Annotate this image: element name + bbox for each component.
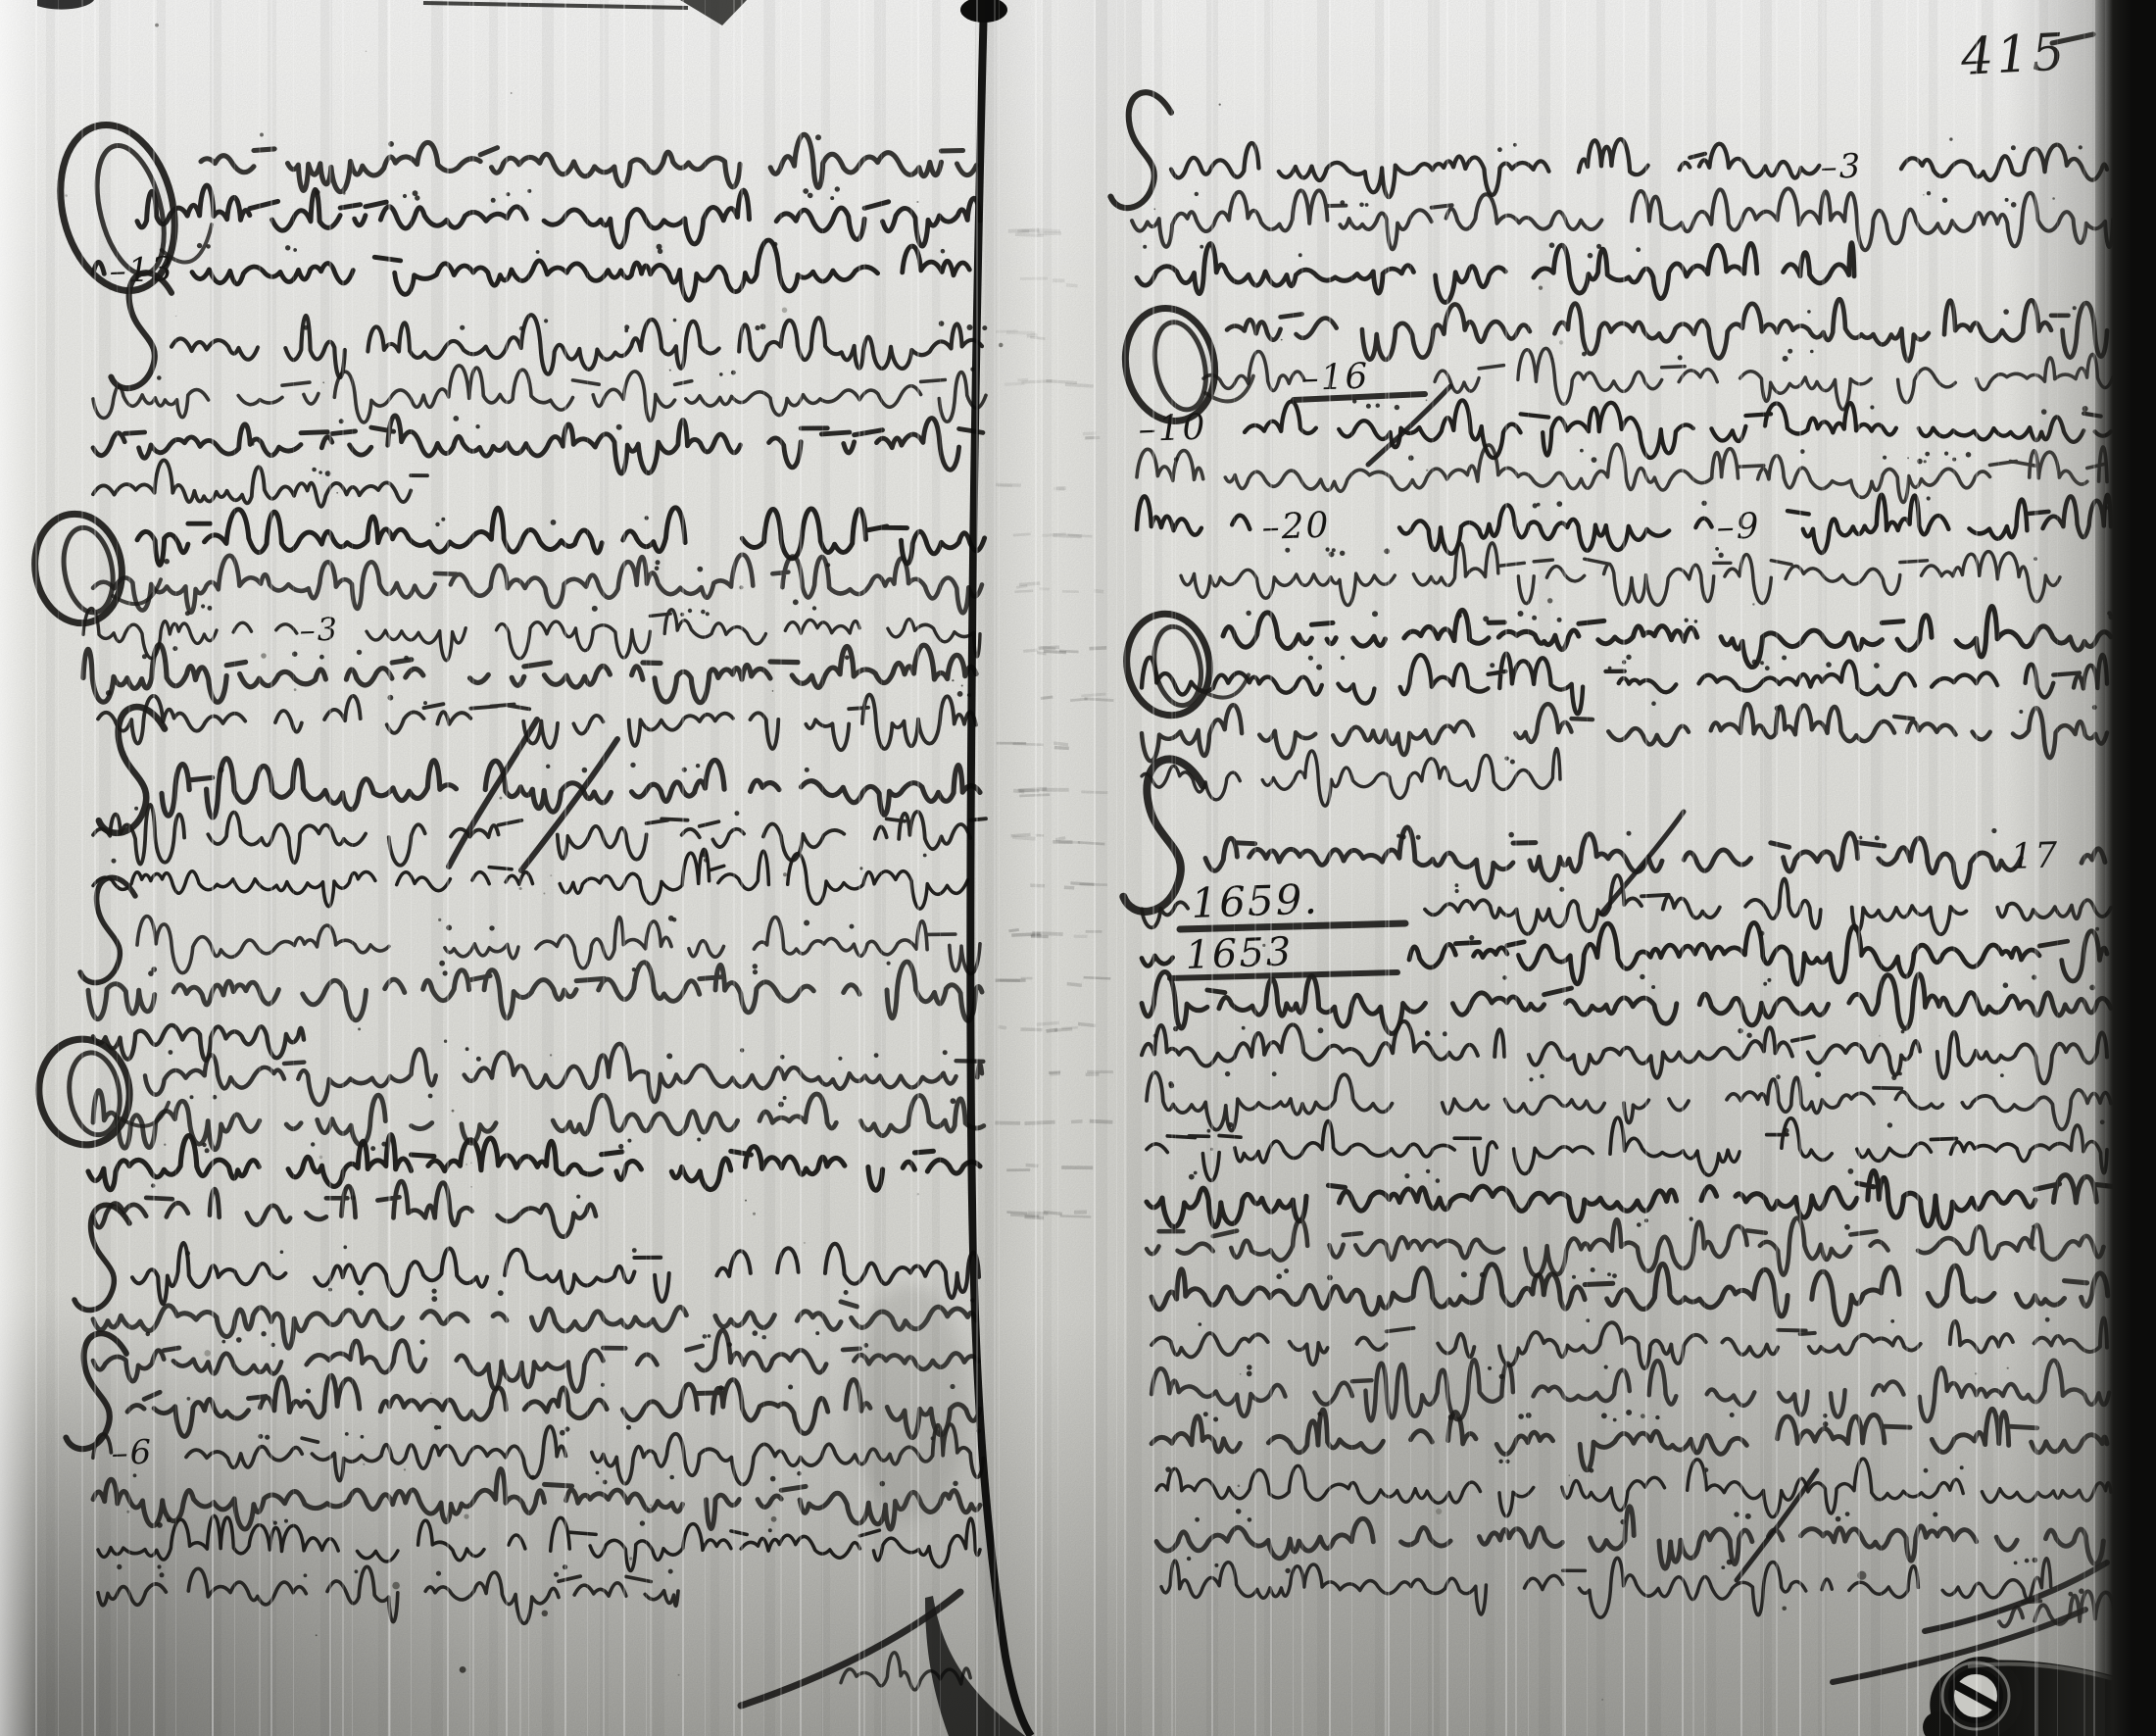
inline-numeral: –6	[111, 1433, 154, 1473]
ink-layer: –13–3–6–3–16–10–20–9171659.1653 415	[0, 0, 2156, 1736]
manuscript-scan: –13–3–6–3–16–10–20–9171659.1653 415	[0, 0, 2156, 1736]
inline-numeral: –16	[1300, 357, 1370, 399]
inline-numeral: –10	[1138, 408, 1207, 450]
page-number: 415	[1959, 23, 2069, 87]
inline-numeral: –3	[1820, 147, 1863, 187]
inline-numeral: –20	[1261, 506, 1331, 548]
inline-numeral: 1659.	[1191, 874, 1320, 927]
inline-numeral: –9	[1716, 506, 1761, 548]
inline-numeral: 1653	[1185, 929, 1294, 978]
inline-numeral: 17	[2010, 835, 2060, 877]
inline-numeral: –13	[109, 250, 175, 291]
paper-grain	[0, 0, 2156, 1736]
inline-numeral: –3	[299, 611, 340, 649]
